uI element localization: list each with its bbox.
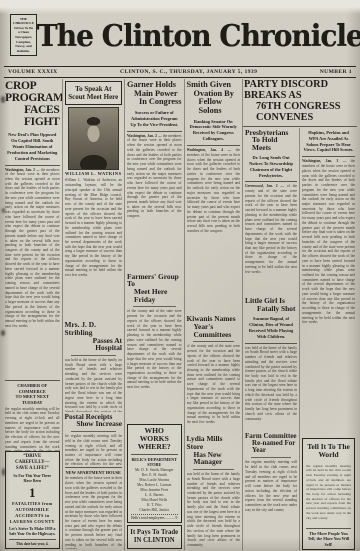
who-box-title: WHO WORKS WHERE? [131, 427, 178, 452]
body-text: Washington, Jan. 3 — the members of the … [302, 159, 355, 437]
body-text: the members of the house were in their p… [65, 476, 122, 549]
deck-party-discord: Hopkins, Perkins and WPA Are Assailed As… [302, 128, 355, 158]
photo-caption: WILLIAM L. WATKINS [65, 171, 122, 176]
headline-scout-meet: To Speak At Scout Meet Here [65, 81, 122, 105]
body-text: was held at the home of the family on So… [245, 346, 297, 432]
body-text: Washington, Jan. 2 — the members of the … [5, 168, 60, 378]
newspaper-title: The Clinton Chronicle [37, 17, 360, 53]
deck-smith: Ranking Senator On Democratic Side Warml… [187, 117, 241, 147]
headline-smith-ovation: Smith Given Ovation By Fellow Solons [187, 81, 241, 116]
headline-postal-receipts: Postal Receipts Show Increase [65, 413, 122, 428]
body-text: was held at the home of the family on So… [187, 472, 241, 549]
safety-box-note: This date last year, 4. [9, 539, 56, 546]
body-text: Washington, Jan. 4 — the members of the … [187, 148, 241, 314]
divider-rule [71, 355, 116, 356]
column-6: Hopkins, Perkins and WPA Are Assailed As… [300, 128, 357, 550]
masthead-left-box: THE CHRONICLE Strives To Be a Clean News… [10, 14, 37, 57]
who-box-store: BELK'S DEPARTMENT STORE [131, 454, 178, 467]
headline-stribling: Mrs. J. D. Stribling Passes At Hospital [65, 321, 122, 352]
divider-rule [193, 341, 235, 342]
headline-chamber-of-commerce: CHAMBER OF COMMERCE TO MEET NEXT TUESDAY [5, 380, 60, 406]
deck-presbyterians: Dr. Long Sends Out Notices To Stewardshi… [245, 153, 297, 183]
scan-smudge [1, 96, 5, 103]
deck-garner: Success or Failure of Administration Pro… [127, 108, 182, 132]
fatalities-count: 1 [9, 486, 56, 499]
scan-smudge [2, 468, 5, 476]
divider-rule [71, 431, 116, 432]
body-text: of the county and of the state were pres… [127, 309, 182, 421]
tell-box-body: the regular monthly meeting will be held… [306, 464, 351, 526]
who-works-where-box: WHO WORKS WHERE? BELK'S DEPARTMENT STORE… [127, 424, 182, 523]
divider-rule [251, 457, 291, 458]
deck-little-girl: Suzanne Bagnal, of Clinton, Dies of Woun… [245, 314, 297, 344]
safety-box-slogan: Let's Strive To Make 1939 a Safe Year On… [9, 527, 56, 537]
employee-name: Charles Hill, Janitor [131, 508, 178, 513]
safety-box-title: “DRIVE CAREFULLY— SAVE A LIFE!” [9, 454, 56, 472]
headline-crop-program: CROP PROGRAM FACES FIGHT [5, 81, 60, 129]
right-section: PARTY DISCORD BREAKS AS 76TH CONGRESS CO… [243, 79, 357, 550]
headline-lydia-mills: Lydia Mills Store Has New Manager [187, 435, 241, 466]
headline-little-girl: Little Girl Is Fatally Shot [245, 297, 297, 312]
right-subcolumns: Presbyterians To Hold Meets Dr. Long Sen… [243, 128, 357, 550]
headline-presbyterians: Presbyterians To Hold Meets [245, 129, 297, 152]
body-text: the regular monthly meeting will be held… [65, 434, 122, 465]
divider-rule [193, 469, 235, 470]
safety-box-subtitle: So Far This Year There Have Been [9, 474, 56, 484]
tell-the-world-box: Tell It To The World the regular monthly… [302, 438, 355, 550]
column-5: Presbyterians To Hold Meets Dr. Long Sen… [243, 128, 300, 550]
dateline-text: CLINTON, S. C., THURSDAY, JANUARY 5, 193… [120, 69, 257, 75]
headline-garner: Garner Holds Main Power In Congress [127, 81, 182, 107]
who-box-total: Belk's total employees .......... 9 [131, 514, 178, 520]
tell-box-title: Tell It To The World [306, 441, 351, 462]
body-text: Greenwood, Jan. 2 — of the county and of… [245, 184, 297, 296]
headline-kiwanis: Kiwanis Names Year's Committees [187, 315, 241, 338]
body-text: was held at the home of the family on So… [65, 358, 122, 412]
body-text: Washington, Jan. 2 — the members of the … [127, 134, 182, 272]
deck-crop-program: New Deal's Plan Opposed On Capitol Hill.… [5, 130, 60, 166]
issue-number: NUMBER 1 [320, 69, 352, 75]
dateline-bar: VOLUME XXXIX CLINTON, S. C., THURSDAY, J… [4, 66, 356, 78]
column-1: CROP PROGRAM FACES FIGHT New Deal's Plan… [3, 79, 63, 550]
body-text: the regular monthly meeting will be held… [245, 460, 297, 550]
portrait-photo-watkins [68, 107, 119, 170]
safety-box-body: FATALITIES from AUTOMOBILE ACCIDENTS in … [9, 501, 56, 525]
headline-farmers-group: Farmers' Group To Meet Here Friday [127, 273, 182, 304]
headline-farm-committee: Farm Committee Re-named For Year [245, 433, 297, 455]
divider-rule [133, 306, 176, 307]
newspaper-page: THE CHRONICLE Strives To Be a Clean News… [0, 0, 360, 551]
column-2: To Speak At Scout Meet Here WILLIAM L. W… [63, 79, 125, 550]
volume-label: VOLUME XXXIX [8, 69, 58, 75]
headline-new-apartment: NEW APARTMENT HOUSE [65, 467, 122, 476]
body-text: William L. Watkins of Anderson, an outst… [65, 178, 122, 320]
masthead: THE CHRONICLE Strives To Be a Clean News… [0, 0, 360, 64]
column-4: Smith Given Ovation By Fellow Solons Ran… [185, 79, 244, 550]
body-text: the regular monthly meeting will be held… [5, 407, 60, 452]
body-text: of the county and of the state were pres… [187, 344, 241, 434]
safety-campaign-box: “DRIVE CAREFULLY— SAVE A LIFE!” So Far T… [5, 451, 60, 549]
headline-party-discord: PARTY DISCORD BREAKS AS 76TH CONGRESS CO… [243, 79, 357, 127]
trade-in-clinton-box: It Pays To Trade IN CLINTON [127, 525, 182, 549]
tell-box-tagline: The More People You Tell, the More You W… [306, 528, 351, 547]
column-area: CROP PROGRAM FACES FIGHT New Deal's Plan… [0, 78, 360, 550]
column-3: Garner Holds Main Power In Congress Succ… [125, 79, 185, 550]
